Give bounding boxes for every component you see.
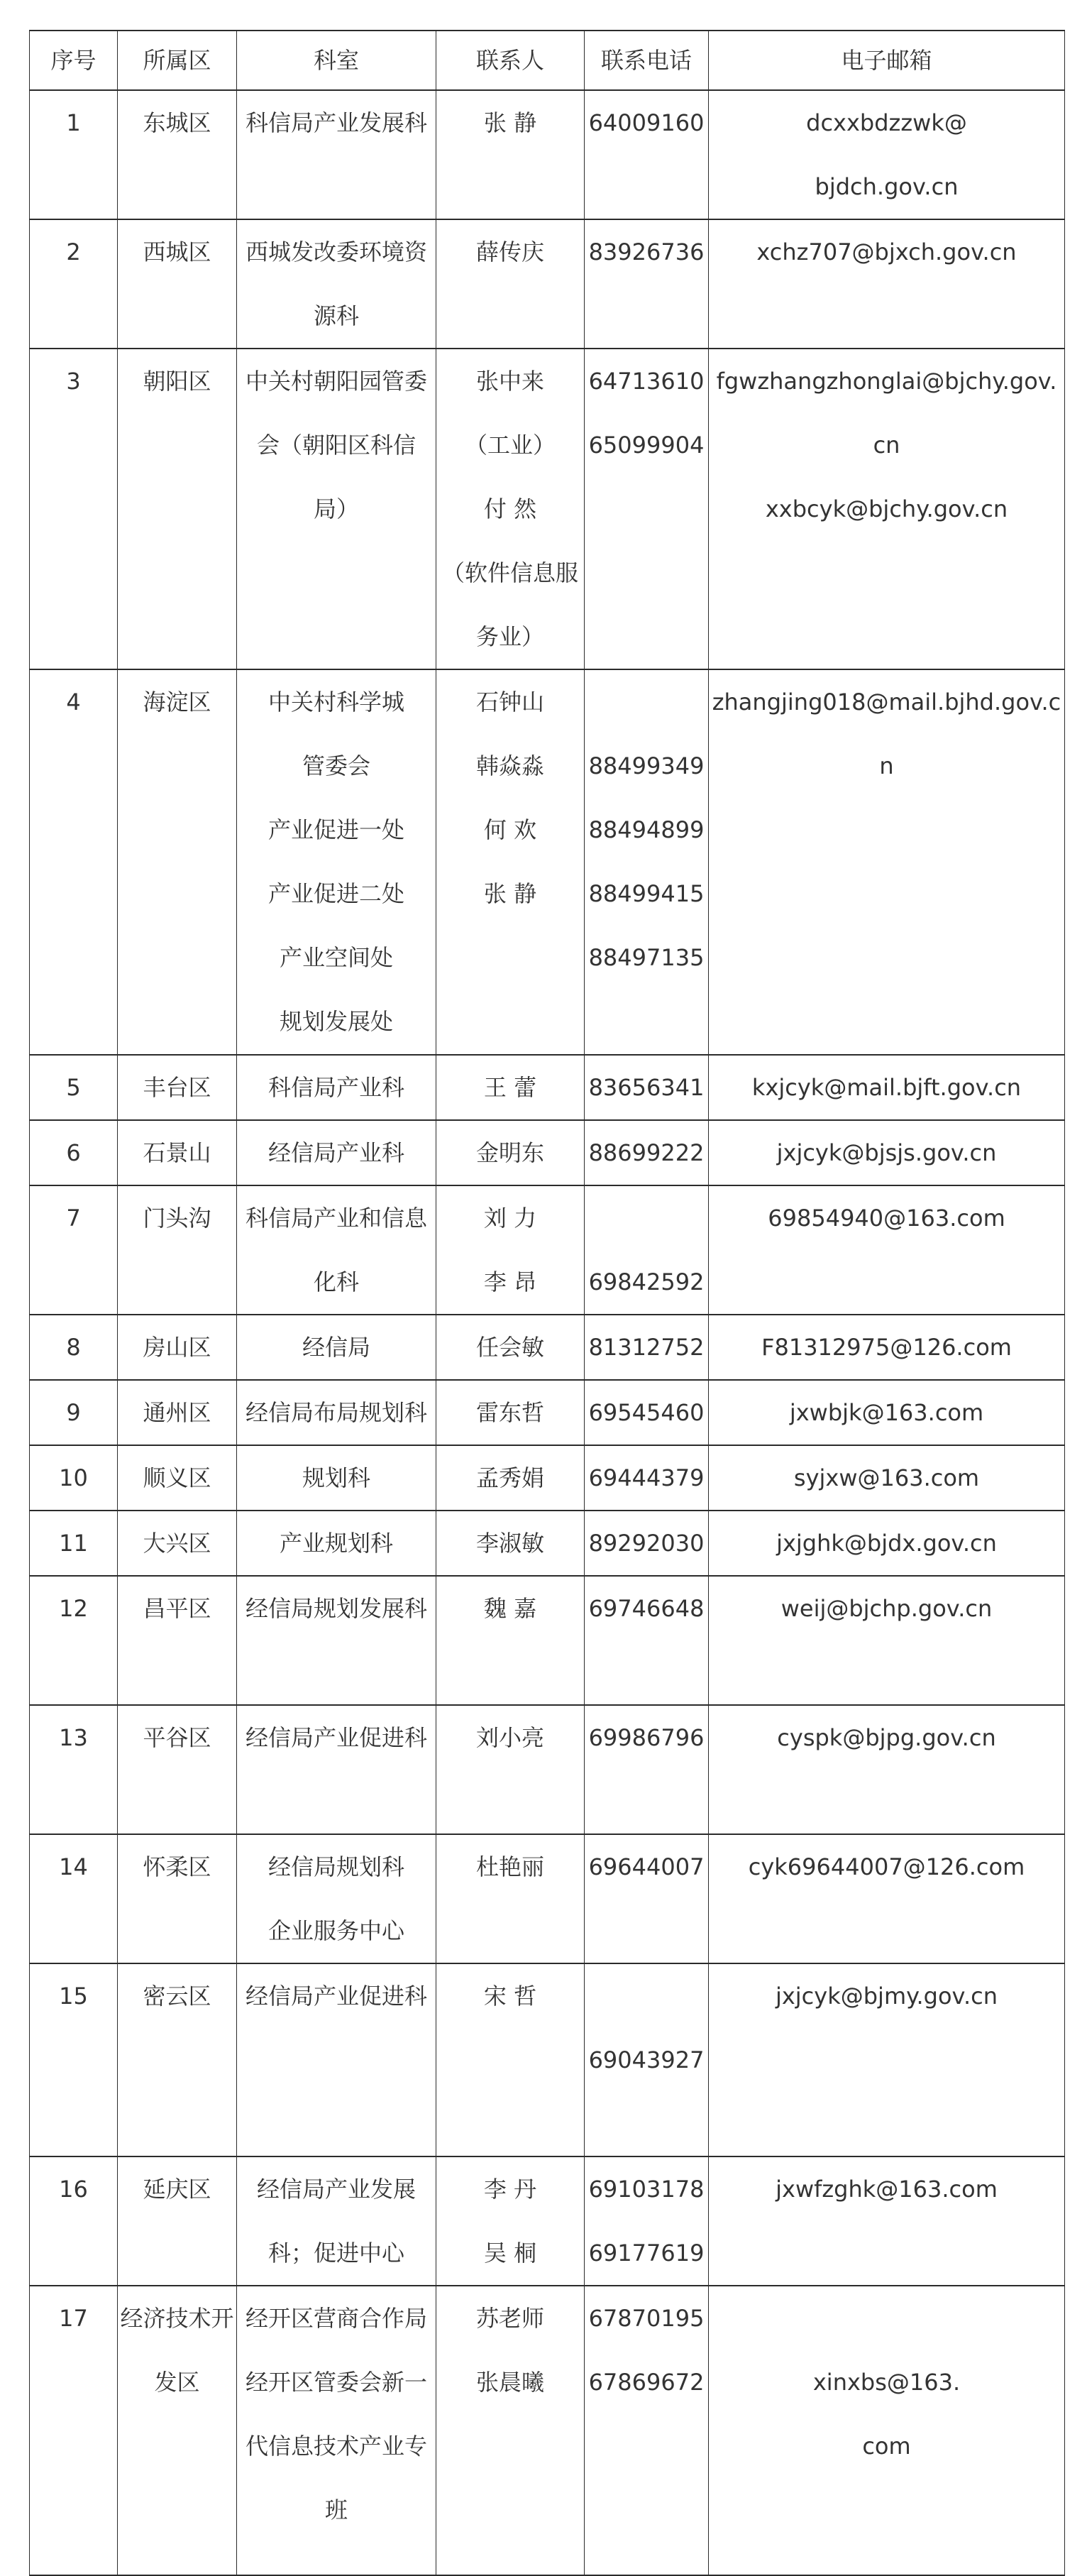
cell-no: 8 — [30, 1315, 118, 1380]
cell-email-line[interactable]: jxjcyk@bjsjs.gov.cn — [710, 1121, 1063, 1185]
cell-phone: 69644007 — [585, 1834, 709, 1963]
cell-office: 经信局产业促进科 — [237, 1705, 436, 1834]
cell-office: 经信局 — [237, 1315, 436, 1380]
cell-district: 东城区 — [118, 90, 237, 219]
cell-contact-line: 何 欢 — [438, 798, 583, 862]
table-row: 6石景山经信局产业科金明东88699222jxjcyk@bjsjs.gov.cn — [30, 1120, 1065, 1185]
cell-phone-line: 88499415 — [586, 862, 707, 926]
cell-office: 经信局产业科 — [237, 1120, 436, 1185]
cell-office-line: 经信局规划科 — [238, 1835, 434, 1899]
cell-contact-line: 金明东 — [438, 1121, 583, 1185]
cell-phone: 69545460 — [585, 1380, 709, 1445]
header-contact: 联系人 — [436, 31, 585, 90]
cell-district-line: 通州区 — [119, 1381, 235, 1445]
cell-email-line[interactable]: kxjcyk@mail.bjft.gov.cn — [710, 1056, 1063, 1119]
cell-contact-line: 韩焱淼 — [438, 734, 583, 798]
cell-email: cyspk@bjpg.gov.cn — [709, 1705, 1065, 1834]
cell-email-line[interactable]: fgwzhangzhonglai@bjchy.gov.cn — [710, 349, 1063, 477]
cell-phone: 81312752 — [585, 1315, 709, 1380]
cell-phone-line: 88499349 — [586, 734, 707, 798]
cell-contact: 张 静 — [436, 90, 585, 219]
cell-phone-line — [586, 1186, 707, 1250]
cell-office-line: 经开区营商合作局 — [238, 2286, 434, 2350]
cell-phone: 69842592 — [585, 1185, 709, 1315]
cell-office: 中关村朝阳园管委会（朝阳区科信局） — [237, 349, 436, 669]
cell-no: 17 — [30, 2286, 118, 2575]
cell-email-line[interactable]: syjxw@163.com — [710, 1446, 1063, 1510]
cell-district: 通州区 — [118, 1380, 237, 1445]
cell-office-line: 产业促进一处 — [238, 798, 434, 862]
cell-district-line: 平谷区 — [119, 1706, 235, 1770]
cell-email: jxjcyk@bjsjs.gov.cn — [709, 1120, 1065, 1185]
cell-contact: 苏老师张晨曦 — [436, 2286, 585, 2575]
cell-office-line: 班 — [238, 2478, 434, 2542]
cell-office-line: 管委会 — [238, 734, 434, 798]
cell-contact: 石钟山韩焱淼何 欢张 静 — [436, 669, 585, 1055]
cell-office: 经开区营商合作局经开区管委会新一代信息技术产业专班 — [237, 2286, 436, 2575]
cell-email: jxjghk@bjdx.gov.cn — [709, 1511, 1065, 1576]
cell-email-line[interactable]: 69854940@163.com — [710, 1186, 1063, 1250]
header-office: 科室 — [237, 31, 436, 90]
cell-phone-line: 67870195 — [586, 2286, 707, 2350]
cell-email: 69854940@163.com — [709, 1185, 1065, 1315]
cell-phone: 69444379 — [585, 1445, 709, 1511]
cell-no: 3 — [30, 349, 118, 669]
cell-district: 昌平区 — [118, 1576, 237, 1705]
table-row: 3朝阳区中关村朝阳园管委会（朝阳区科信局）张中来（工业）付 然（软件信息服务业）… — [30, 349, 1065, 669]
cell-contact-line: 吴 桐 — [438, 2221, 583, 2285]
cell-phone-line — [586, 670, 707, 734]
cell-email-line[interactable]: jxjghk@bjdx.gov.cn — [710, 1511, 1063, 1575]
cell-district: 怀柔区 — [118, 1834, 237, 1963]
cell-phone-line: 64713610 — [586, 349, 707, 413]
cell-email-line[interactable]: jxwfzghk@163.com — [710, 2157, 1063, 2221]
cell-office: 经信局产业发展科；促进中心 — [237, 2156, 436, 2286]
cell-contact-line: 石钟山 — [438, 670, 583, 734]
cell-district-line: 密云区 — [119, 1964, 235, 2028]
cell-district-line: 朝阳区 — [119, 349, 235, 413]
cell-contact-line: 李 丹 — [438, 2157, 583, 2221]
cell-contact: 王 蕾 — [436, 1055, 585, 1120]
cell-email-line[interactable]: jxwbjk@163.com — [710, 1381, 1063, 1445]
table-row: 1东城区科信局产业发展科张 静64009160dcxxbdzzwk@bjdch.… — [30, 90, 1065, 219]
table-body: 1东城区科信局产业发展科张 静64009160dcxxbdzzwk@bjdch.… — [30, 90, 1065, 2575]
table-row: 11大兴区产业规划科李淑敏89292030jxjghk@bjdx.gov.cn — [30, 1511, 1065, 1576]
header-email: 电子邮箱 — [709, 31, 1065, 90]
cell-phone-line: 67869672 — [586, 2350, 707, 2414]
cell-email: jxwbjk@163.com — [709, 1380, 1065, 1445]
cell-phone-line: 64009160 — [586, 91, 707, 155]
cell-contact: 杜艳丽 — [436, 1834, 585, 1963]
cell-office: 科信局产业科 — [237, 1055, 436, 1120]
cell-phone-line: 88497135 — [586, 926, 707, 990]
cell-contact-line: 张 静 — [438, 91, 583, 155]
cell-email: zhangjing018@mail.bjhd.gov.cn — [709, 669, 1065, 1055]
cell-email: xinxbs@163.com — [709, 2286, 1065, 2575]
cell-contact: 魏 嘉 — [436, 1576, 585, 1705]
cell-contact-line: 李淑敏 — [438, 1511, 583, 1575]
cell-no: 11 — [30, 1511, 118, 1576]
cell-contact-line: 刘 力 — [438, 1186, 583, 1250]
cell-no: 16 — [30, 2156, 118, 2286]
cell-office-line: 科信局产业发展科 — [238, 91, 434, 155]
cell-district-line: 大兴区 — [119, 1511, 235, 1575]
cell-email: jxwfzghk@163.com — [709, 2156, 1065, 2286]
cell-email: kxjcyk@mail.bjft.gov.cn — [709, 1055, 1065, 1120]
cell-contact: 薛传庆 — [436, 219, 585, 349]
cell-district-line: 发区 — [119, 2350, 235, 2414]
cell-contact: 刘 力李 昂 — [436, 1185, 585, 1315]
cell-contact-line: （工业） — [438, 413, 583, 477]
cell-district-line: 东城区 — [119, 91, 235, 155]
cell-contact: 宋 哲 — [436, 1963, 585, 2156]
cell-office: 经信局产业促进科 — [237, 1963, 436, 2156]
cell-email: F81312975@126.com — [709, 1315, 1065, 1380]
table-row: 15密云区经信局产业促进科宋 哲 69043927jxjcyk@bjmy.gov… — [30, 1963, 1065, 2156]
cell-district: 西城区 — [118, 219, 237, 349]
cell-contact-line: 务业） — [438, 605, 583, 669]
cell-office: 经信局规划发展科 — [237, 1576, 436, 1705]
cell-office-line: 产业规划科 — [238, 1511, 434, 1575]
cell-email: xchz707@bjxch.gov.cn — [709, 219, 1065, 349]
cell-no: 10 — [30, 1445, 118, 1511]
cell-contact: 任会敏 — [436, 1315, 585, 1380]
cell-phone-line: 65099904 — [586, 413, 707, 477]
table-row: 12昌平区经信局规划发展科魏 嘉69746648weij@bjchp.gov.c… — [30, 1576, 1065, 1705]
table-row: 2西城区西城发改委环境资源科薛传庆83926736xchz707@bjxch.g… — [30, 219, 1065, 349]
cell-email-line[interactable]: dcxxbdzzwk@ — [710, 91, 1063, 155]
cell-office-line: 经信局布局规划科 — [238, 1381, 434, 1445]
cell-district-line: 顺义区 — [119, 1446, 235, 1510]
cell-district: 顺义区 — [118, 1445, 237, 1511]
cell-email: syjxw@163.com — [709, 1445, 1065, 1511]
cell-office: 西城发改委环境资源科 — [237, 219, 436, 349]
cell-district-line: 怀柔区 — [119, 1835, 235, 1899]
cell-phone: 88499349884948998849941588497135 — [585, 669, 709, 1055]
cell-email-line[interactable]: bjdch.gov.cn — [710, 155, 1063, 219]
cell-email-line[interactable]: zhangjing018@mail.bjhd.gov.cn — [710, 670, 1063, 798]
cell-district-line: 石景山 — [119, 1121, 235, 1185]
cell-district: 经济技术开发区 — [118, 2286, 237, 2575]
cell-email-line[interactable]: cyk69644007@126.com — [710, 1835, 1063, 1899]
cell-office-line: 会（朝阳区科信 — [238, 413, 434, 477]
cell-phone-line: 89292030 — [586, 1511, 707, 1575]
cell-contact-line: 孟秀娟 — [438, 1446, 583, 1510]
cell-office-line: 经信局产业促进科 — [238, 1964, 434, 2028]
cell-contact-line: 雷东哲 — [438, 1381, 583, 1445]
cell-no: 7 — [30, 1185, 118, 1315]
cell-no: 1 — [30, 90, 118, 219]
cell-office: 中关村科学城管委会产业促进一处产业促进二处产业空间处规划发展处 — [237, 669, 436, 1055]
table-row: 9通州区经信局布局规划科雷东哲69545460jxwbjk@163.com — [30, 1380, 1065, 1445]
cell-office-line: 规划科 — [238, 1446, 434, 1510]
cell-phone-line: 81312752 — [586, 1315, 707, 1379]
cell-phone: 89292030 — [585, 1511, 709, 1576]
cell-email-line[interactable]: cyspk@bjpg.gov.cn — [710, 1706, 1063, 1770]
cell-district: 海淀区 — [118, 669, 237, 1055]
cell-phone-line: 69103178 — [586, 2157, 707, 2221]
cell-email: weij@bjchp.gov.cn — [709, 1576, 1065, 1705]
header-district: 所属区 — [118, 31, 237, 90]
cell-office-line: 产业促进二处 — [238, 862, 434, 926]
cell-email: dcxxbdzzwk@bjdch.gov.cn — [709, 90, 1065, 219]
cell-no: 15 — [30, 1963, 118, 2156]
cell-district: 丰台区 — [118, 1055, 237, 1120]
cell-contact: 金明东 — [436, 1120, 585, 1185]
cell-phone-line: 69545460 — [586, 1381, 707, 1445]
cell-phone: 6471361065099904 — [585, 349, 709, 669]
cell-office: 科信局产业发展科 — [237, 90, 436, 219]
cell-phone: 83656341 — [585, 1055, 709, 1120]
cell-email: fgwzhangzhonglai@bjchy.gov.cnxxbcyk@bjch… — [709, 349, 1065, 669]
cell-office-line: 西城发改委环境资 — [238, 220, 434, 284]
header-phone: 联系电话 — [585, 31, 709, 90]
cell-office-line: 经信局产业促进科 — [238, 1706, 434, 1770]
table-row: 16延庆区经信局产业发展科；促进中心李 丹吴 桐6910317869177619… — [30, 2156, 1065, 2286]
cell-office-line: 经信局产业发展 — [238, 2157, 434, 2221]
header-row: 序号 所属区 科室 联系人 联系电话 电子邮箱 — [30, 31, 1065, 90]
cell-office: 产业规划科 — [237, 1511, 436, 1576]
cell-contact: 李 丹吴 桐 — [436, 2156, 585, 2286]
cell-phone: 69746648 — [585, 1576, 709, 1705]
cell-phone: 6787019567869672 — [585, 2286, 709, 2575]
cell-office: 科信局产业和信息化科 — [237, 1185, 436, 1315]
cell-phone-line — [586, 1964, 707, 2028]
cell-contact-line: 薛传庆 — [438, 220, 583, 284]
cell-district-line: 经济技术开 — [119, 2286, 235, 2350]
cell-phone-line: 69444379 — [586, 1446, 707, 1510]
cell-contact-line: 杜艳丽 — [438, 1835, 583, 1899]
cell-phone-line: 69043927 — [586, 2028, 707, 2092]
cell-email-line[interactable]: xchz707@bjxch.gov.cn — [710, 220, 1063, 284]
cell-district: 门头沟 — [118, 1185, 237, 1315]
cell-phone-line: 69746648 — [586, 1577, 707, 1640]
contact-table: 序号 所属区 科室 联系人 联系电话 电子邮箱 1东城区科信局产业发展科张 静6… — [29, 30, 1065, 2576]
table-row: 10顺义区规划科孟秀娟69444379syjxw@163.com — [30, 1445, 1065, 1511]
cell-no: 4 — [30, 669, 118, 1055]
cell-office-line: 经开区管委会新一 — [238, 2350, 434, 2414]
cell-office-line: 经信局规划发展科 — [238, 1577, 434, 1640]
cell-email-line[interactable]: jxjcyk@bjmy.gov.cn — [710, 1964, 1063, 2028]
cell-phone-line: 88494899 — [586, 798, 707, 862]
table-row: 13平谷区经信局产业促进科刘小亮69986796cyspk@bjpg.gov.c… — [30, 1705, 1065, 1834]
cell-district-line: 门头沟 — [119, 1186, 235, 1250]
cell-no: 5 — [30, 1055, 118, 1120]
table-row: 5丰台区科信局产业科王 蕾83656341kxjcyk@mail.bjft.go… — [30, 1055, 1065, 1120]
cell-contact-line: 王 蕾 — [438, 1056, 583, 1119]
cell-district-line: 房山区 — [119, 1315, 235, 1379]
cell-contact-line: 魏 嘉 — [438, 1577, 583, 1640]
cell-district-line: 海淀区 — [119, 670, 235, 734]
cell-office-line: 企业服务中心 — [238, 1899, 434, 1963]
cell-district-line: 丰台区 — [119, 1056, 235, 1119]
cell-email-line[interactable]: com — [710, 2414, 1063, 2478]
cell-office-line: 局） — [238, 477, 434, 541]
cell-phone-line: 83656341 — [586, 1056, 707, 1119]
cell-office-line: 化科 — [238, 1250, 434, 1314]
cell-contact: 孟秀娟 — [436, 1445, 585, 1511]
cell-no: 9 — [30, 1380, 118, 1445]
cell-email-line[interactable]: xinxbs@163. — [710, 2350, 1063, 2414]
table-row: 7门头沟科信局产业和信息化科刘 力李 昂 6984259269854940@16… — [30, 1185, 1065, 1315]
cell-phone: 88699222 — [585, 1120, 709, 1185]
cell-district-line: 西城区 — [119, 220, 235, 284]
cell-email-line[interactable]: F81312975@126.com — [710, 1315, 1063, 1379]
cell-office-line: 产业空间处 — [238, 926, 434, 990]
table-row: 14怀柔区经信局规划科企业服务中心杜艳丽69644007cyk69644007@… — [30, 1834, 1065, 1963]
cell-phone-line: 69644007 — [586, 1835, 707, 1899]
cell-office: 经信局布局规划科 — [237, 1380, 436, 1445]
table-row: 8房山区经信局任会敏81312752F81312975@126.com — [30, 1315, 1065, 1380]
cell-phone: 6910317869177619 — [585, 2156, 709, 2286]
cell-no: 14 — [30, 1834, 118, 1963]
cell-contact-line: 付 然 — [438, 477, 583, 541]
cell-contact-line: 张晨曦 — [438, 2350, 583, 2414]
cell-office-line: 源科 — [238, 284, 434, 348]
cell-district: 平谷区 — [118, 1705, 237, 1834]
cell-district: 房山区 — [118, 1315, 237, 1380]
cell-contact: 李淑敏 — [436, 1511, 585, 1576]
cell-office: 经信局规划科企业服务中心 — [237, 1834, 436, 1963]
cell-email-line[interactable]: weij@bjchp.gov.cn — [710, 1577, 1063, 1640]
cell-contact-line: 刘小亮 — [438, 1706, 583, 1770]
cell-district: 密云区 — [118, 1963, 237, 2156]
cell-district: 延庆区 — [118, 2156, 237, 2286]
cell-phone: 64009160 — [585, 90, 709, 219]
cell-office: 规划科 — [237, 1445, 436, 1511]
cell-office-line: 经信局 — [238, 1315, 434, 1379]
cell-phone-line: 83926736 — [586, 220, 707, 284]
cell-district-line: 延庆区 — [119, 2157, 235, 2221]
cell-phone-line: 88699222 — [586, 1121, 707, 1185]
cell-contact-line: 张中来 — [438, 349, 583, 413]
cell-office-line: 科；促进中心 — [238, 2221, 434, 2285]
cell-contact-line: 宋 哲 — [438, 1964, 583, 2028]
cell-office-line: 中关村科学城 — [238, 670, 434, 734]
cell-contact-line: 张 静 — [438, 862, 583, 926]
table-row: 4海淀区中关村科学城管委会产业促进一处产业促进二处产业空间处规划发展处石钟山韩焱… — [30, 669, 1065, 1055]
cell-contact-line: 任会敏 — [438, 1315, 583, 1379]
cell-district: 石景山 — [118, 1120, 237, 1185]
cell-contact-line: （软件信息服 — [438, 541, 583, 605]
cell-office-line: 科信局产业和信息 — [238, 1186, 434, 1250]
cell-office-line: 代信息技术产业专 — [238, 2414, 434, 2478]
cell-phone-line: 69177619 — [586, 2221, 707, 2285]
cell-office-line: 中关村朝阳园管委 — [238, 349, 434, 413]
cell-district: 大兴区 — [118, 1511, 237, 1576]
cell-email-line — [710, 2286, 1063, 2350]
cell-no: 6 — [30, 1120, 118, 1185]
cell-contact-line: 李 昂 — [438, 1250, 583, 1314]
cell-email: cyk69644007@126.com — [709, 1834, 1065, 1963]
cell-district: 朝阳区 — [118, 349, 237, 669]
cell-no: 2 — [30, 219, 118, 349]
cell-contact: 刘小亮 — [436, 1705, 585, 1834]
cell-phone: 83926736 — [585, 219, 709, 349]
cell-no: 13 — [30, 1705, 118, 1834]
cell-contact: 张中来（工业）付 然（软件信息服务业） — [436, 349, 585, 669]
cell-phone: 69043927 — [585, 1963, 709, 2156]
cell-office-line: 科信局产业科 — [238, 1056, 434, 1119]
table-row: 17经济技术开发区经开区营商合作局经开区管委会新一代信息技术产业专班苏老师张晨曦… — [30, 2286, 1065, 2575]
cell-district-line: 昌平区 — [119, 1577, 235, 1640]
cell-email: jxjcyk@bjmy.gov.cn — [709, 1963, 1065, 2156]
cell-no: 12 — [30, 1576, 118, 1705]
cell-contact-line: 苏老师 — [438, 2286, 583, 2350]
cell-phone-line: 69986796 — [586, 1706, 707, 1770]
header-no: 序号 — [30, 31, 118, 90]
cell-phone: 69986796 — [585, 1705, 709, 1834]
cell-contact: 雷东哲 — [436, 1380, 585, 1445]
cell-email-line[interactable]: xxbcyk@bjchy.gov.cn — [710, 477, 1063, 541]
cell-phone-line: 69842592 — [586, 1250, 707, 1314]
cell-office-line: 规划发展处 — [238, 990, 434, 1053]
cell-office-line: 经信局产业科 — [238, 1121, 434, 1185]
